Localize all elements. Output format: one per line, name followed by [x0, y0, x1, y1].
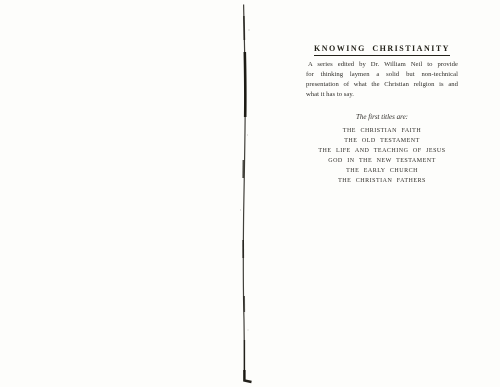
left-page-blank — [0, 0, 243, 387]
title-item-1: THE CHRISTIAN FAITH — [306, 126, 458, 136]
series-heading: KNOWING CHRISTIANITY — [314, 44, 450, 56]
series-description-line-3: presentation of what the Christian relig… — [306, 80, 458, 90]
series-description-line-4: what it has to say. — [306, 90, 458, 100]
title-item-4: GOD IN THE NEW TESTAMENT — [306, 156, 458, 166]
title-item-3: THE LIFE AND TEACHING OF JESUS — [306, 146, 458, 156]
title-list: THE CHRISTIAN FAITH THE OLD TESTAMENT TH… — [306, 126, 458, 186]
right-page: KNOWING CHRISTIANITY A series edited by … — [306, 0, 458, 387]
series-heading-wrap: KNOWING CHRISTIANITY — [306, 38, 458, 56]
series-description: A series edited by Dr. William Neil to p… — [306, 60, 458, 100]
title-item-2: THE OLD TESTAMENT — [306, 136, 458, 146]
series-description-line-1: A series edited by Dr. William Neil to p… — [306, 60, 458, 70]
first-titles-note: The first titles are: — [306, 113, 458, 121]
title-item-5: THE EARLY CHURCH — [306, 166, 458, 176]
series-description-line-2: for thinking laymen a solid but non-tech… — [306, 70, 458, 80]
title-item-6: THE CHRISTIAN FATHERS — [306, 176, 458, 186]
book-page-spread: KNOWING CHRISTIANITY A series edited by … — [0, 0, 500, 387]
